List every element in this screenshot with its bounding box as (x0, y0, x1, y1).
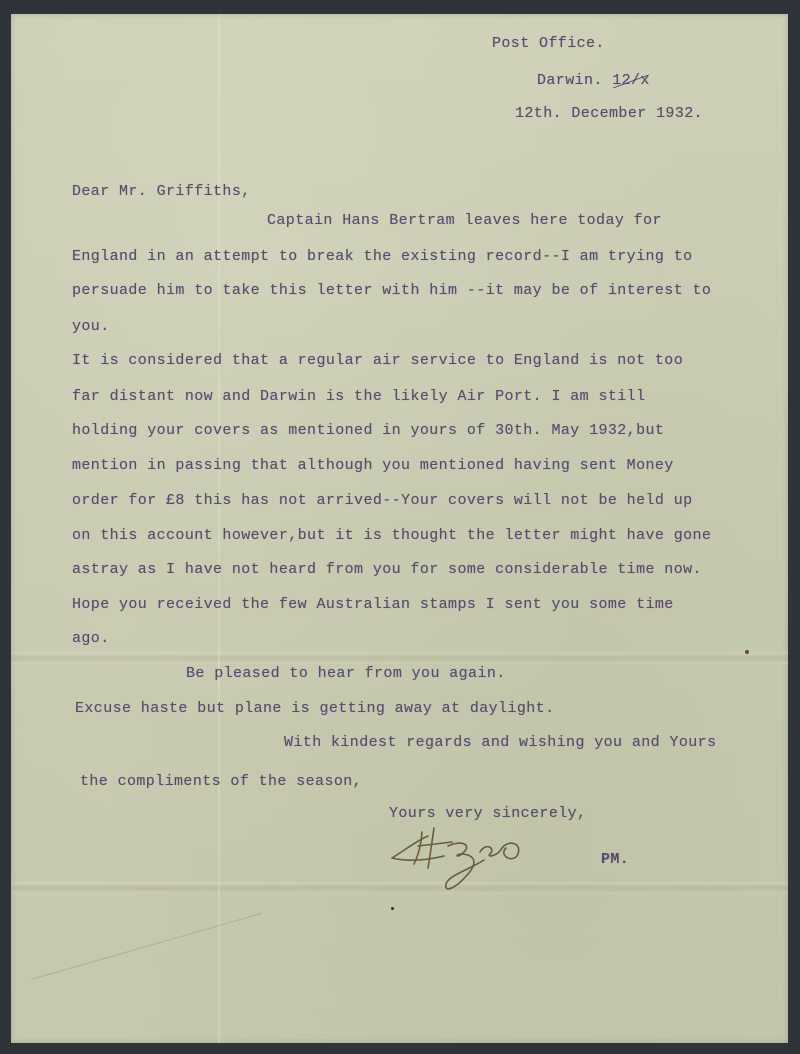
body-line: astray as I have not heard from you for … (72, 561, 702, 578)
salutation: Dear Mr. Griffiths, (72, 183, 251, 200)
letterhead-office: Post Office. (492, 35, 605, 52)
paper-speck (391, 907, 394, 910)
body-line: Captain Hans Bertram leaves here today f… (267, 212, 662, 229)
body-line: the compliments of the season, (80, 773, 362, 790)
body-line: on this account however,but it is though… (72, 527, 711, 544)
body-line: Be pleased to hear from you again. (186, 665, 506, 682)
fold-line (11, 652, 788, 664)
body-line: persuade him to take this letter with hi… (72, 282, 711, 299)
paper-speck (745, 650, 749, 654)
body-line: holding your covers as mentioned in your… (72, 422, 664, 439)
body-line: order for £8 this has not arrived--Your … (72, 492, 693, 509)
signoff-title: PM. (601, 851, 629, 868)
body-line: Excuse haste but plane is getting away a… (75, 700, 554, 717)
crease-line (31, 913, 262, 980)
body-line: England in an attempt to break the exist… (72, 248, 693, 265)
letterhead-place: Darwin. 12/x (537, 72, 650, 89)
letter-date: 12th. December 1932. (515, 105, 703, 122)
body-line: With kindest regards and wishing you and… (284, 734, 716, 751)
body-line: you. (72, 318, 110, 335)
body-line: far distant now and Darwin is the likely… (72, 388, 646, 405)
struck-text: 12/x (612, 72, 650, 89)
signature (388, 826, 558, 898)
place-text: Darwin. (537, 72, 603, 89)
body-line: It is considered that a regular air serv… (72, 352, 683, 369)
body-line: ago. (72, 630, 110, 647)
closing: Yours very sincerely, (389, 805, 586, 822)
body-line: mention in passing that although you men… (72, 457, 674, 474)
body-line: Hope you received the few Australian sta… (72, 596, 674, 613)
